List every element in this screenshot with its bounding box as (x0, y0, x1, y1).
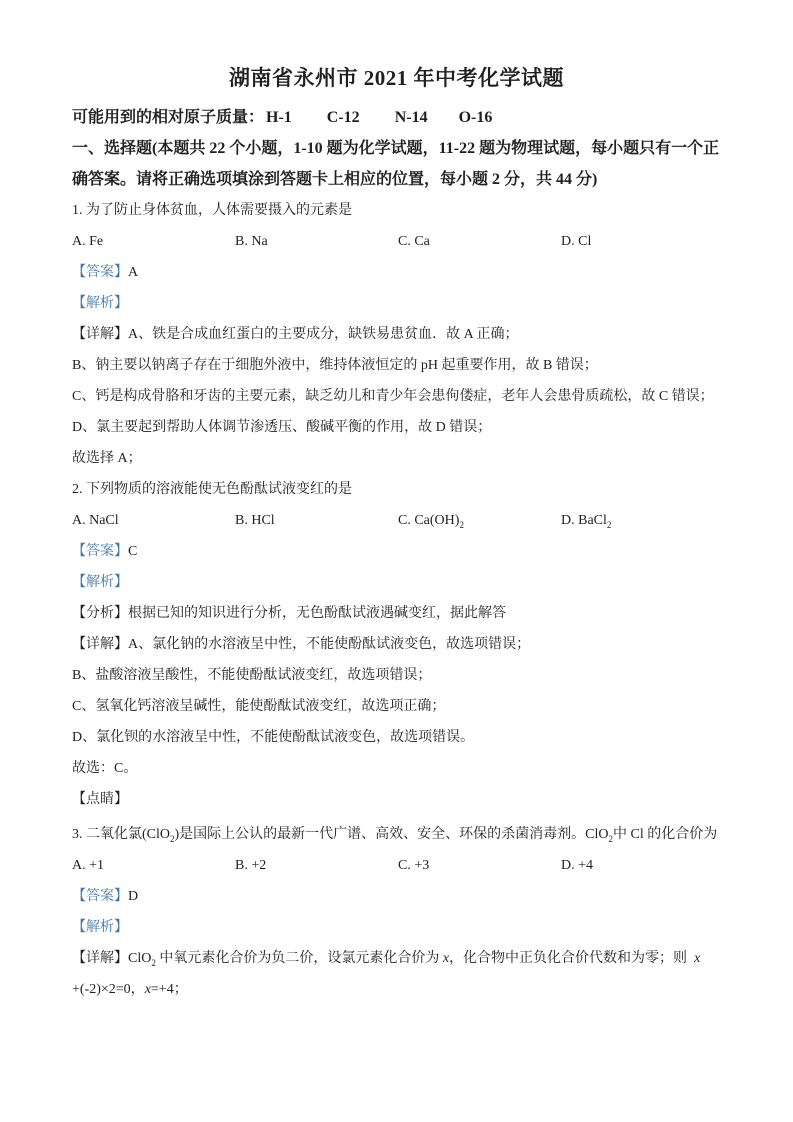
section-header-line-1: 一、选择题(本题共 22 个小题，1-10 题为化学试题，11-22 题为物理试… (72, 133, 733, 164)
text-run: 【答案】 (72, 544, 128, 559)
document-body: 可能用到的相对原子质量：H-1C-12N-14O-16一、选择题(本题共 22 … (72, 102, 733, 1005)
q2-detail-a: 【详解】A、氯化钠的水溶液呈中性，不能使酚酞试液变色，故选项错误； (72, 629, 733, 660)
text-run: D. Cl (561, 234, 591, 249)
q1-option-a: A. Fe (72, 226, 235, 257)
q3-detail-1: 【详解】ClO2 中氧元素化合价为负二价，设氯元素化合价为 x，化合物中正负化合… (72, 943, 733, 974)
q2-option-c: C. Ca(OH)2 (398, 505, 561, 536)
q3-option-b: B. +2 (235, 850, 398, 881)
q3-option-a: A. +1 (72, 850, 235, 881)
q2-option-b: B. HCl (235, 505, 398, 536)
q1-option-c: C. Ca (398, 226, 561, 257)
text-run: 中 Cl 的化合价为 (613, 827, 717, 842)
subscript-text: 2 (459, 520, 464, 530)
q2-stem: 2. 下列物质的溶液能使无色酚酞试液变红的是 (72, 474, 733, 505)
text-run: D. +4 (561, 858, 593, 873)
text-run: A. NaCl (72, 513, 119, 528)
text-run: 【分析】根据已知的知识进行分析，无色酚酞试液遇碱变红，据此解答 (72, 606, 506, 621)
q2-answer-line: 【答案】C (72, 536, 733, 567)
q1-detail-a: 【详解】A、铁是合成血红蛋白的主要成分，缺铁易患贫血．故 A 正确； (72, 319, 733, 350)
text-run: D. BaCl (561, 513, 607, 528)
q2-option-d: D. BaCl2 (561, 505, 611, 536)
q1-answer-line: 【答案】A (72, 257, 733, 288)
text-run: 1. 为了防止身体贫血，人体需要摄入的元素是 (72, 203, 352, 218)
text-run: 中氧元素化合价为负二价，设氯元素化合价为 (156, 951, 443, 966)
text-run: 【解析】 (72, 296, 128, 311)
text-run: 【答案】 (72, 265, 128, 280)
q2-fenxi-line: 【分析】根据已知的知识进行分析，无色酚酞试液遇碱变红，据此解答 (72, 598, 733, 629)
q2-dianjing-label: 【点睛】 (72, 784, 733, 815)
q1-options: A. FeB. NaC. CaD. Cl (72, 226, 733, 257)
text-run: 故选：C。 (72, 761, 137, 776)
text-run: A (128, 265, 138, 280)
q3-options: A. +1B. +2C. +3D. +4 (72, 850, 733, 881)
text-run: +(-2)×2=0， (72, 982, 145, 997)
text-run: 【点睛】 (72, 792, 128, 807)
text-run: A. Fe (72, 234, 103, 249)
text-run: O-16 (459, 109, 493, 126)
q1-analysis-label: 【解析】 (72, 288, 733, 319)
page-title: 湖南省永州市 2021 年中考化学试题 (72, 62, 721, 94)
text-run: H-1 (266, 109, 292, 126)
text-run: B、钠主要以钠离子存在于细胞外液中，维持体液恒定的 pH 起重要作用，故 B 错… (72, 358, 598, 373)
q1-conclusion: 故选择 A； (72, 443, 733, 474)
q3-analysis-label: 【解析】 (72, 912, 733, 943)
q2-conclusion: 故选：C。 (72, 753, 733, 784)
q2-detail-b: B、盐酸溶液呈酸性，不能使酚酞试液变红，故选项错误； (72, 660, 733, 691)
text-run: C (128, 544, 137, 559)
text-run: C、氢氧化钙溶液呈碱性，能使酚酞试液变红，故选项正确； (72, 699, 445, 714)
text-run: 3. 二氧化氯(ClO (72, 827, 170, 842)
text-run: B. Na (235, 234, 268, 249)
q3-option-d: D. +4 (561, 850, 593, 881)
text-run: D (128, 889, 138, 904)
q3-detail-2: +(-2)×2=0，x=+4； (72, 974, 733, 1005)
text-run: C. Ca (398, 234, 430, 249)
text-run: C. +3 (398, 858, 429, 873)
text-run: B. +2 (235, 858, 266, 873)
text-run: 一、选择题(本题共 22 个小题，1-10 题为化学试题，11-22 题为物理试… (72, 140, 719, 157)
text-run: 2. 下列物质的溶液能使无色酚酞试液变红的是 (72, 482, 352, 497)
q1-option-b: B. Na (235, 226, 398, 257)
q1-stem: 1. 为了防止身体贫血，人体需要摄入的元素是 (72, 195, 733, 226)
text-run: x (694, 951, 700, 966)
q2-detail-c: C、氢氧化钙溶液呈碱性，能使酚酞试液变红，故选项正确； (72, 691, 733, 722)
text-run: D、氯化钡的水溶液呈中性，不能使酚酞试液变色，故选项错误。 (72, 730, 474, 745)
atomic-mass-line: 可能用到的相对原子质量：H-1C-12N-14O-16 (72, 102, 733, 133)
q1-detail-d: D、氯主要起到帮助人体调节渗透压、酸碱平衡的作用，故 D 错误； (72, 412, 733, 443)
text-run: 【详解】A、氯化钠的水溶液呈中性，不能使酚酞试液变色，故选项错误； (72, 637, 530, 652)
q2-options: A. NaClB. HClC. Ca(OH)2D. BaCl2 (72, 505, 733, 536)
text-run: 【解析】 (72, 920, 128, 935)
q2-detail-d: D、氯化钡的水溶液呈中性，不能使酚酞试液变色，故选项错误。 (72, 722, 733, 753)
q3-option-c: C. +3 (398, 850, 561, 881)
text-run: 【解析】 (72, 575, 128, 590)
text-run: 故选择 A； (72, 451, 142, 466)
text-run: 【详解】ClO (72, 951, 151, 966)
text-run: A. +1 (72, 858, 104, 873)
subscript-text: 2 (607, 520, 612, 530)
q3-answer-line: 【答案】D (72, 881, 733, 912)
text-run: N-14 (395, 109, 428, 126)
text-run: 可能用到的相对原子质量： (72, 109, 264, 126)
text-run: C-12 (327, 109, 360, 126)
text-run: B、盐酸溶液呈酸性，不能使酚酞试液变红，故选项错误； (72, 668, 431, 683)
q1-detail-b: B、钠主要以钠离子存在于细胞外液中，维持体液恒定的 pH 起重要作用，故 B 错… (72, 350, 733, 381)
text-run: C、钙是构成骨胳和牙齿的主要元素，缺乏幼儿和青少年会患佝偻症，老年人会患骨质疏松… (72, 389, 714, 404)
text-run: =+4； (151, 982, 188, 997)
text-run: B. HCl (235, 513, 275, 528)
exam-document-page: 湖南省永州市 2021 年中考化学试题 可能用到的相对原子质量：H-1C-12N… (0, 0, 793, 1122)
text-run: C. Ca(OH) (398, 513, 459, 528)
text-run: 【详解】A、铁是合成血红蛋白的主要成分，缺铁易患贫血．故 A 正确； (72, 327, 518, 342)
text-run: 确答案。请将正确选项填涂到答题卡上相应的位置，每小题 2 分，共 44 分) (72, 171, 597, 188)
section-header-line-2: 确答案。请将正确选项填涂到答题卡上相应的位置，每小题 2 分，共 44 分) (72, 164, 733, 195)
q2-option-a: A. NaCl (72, 505, 235, 536)
text-run: )是国际上公认的最新一代广谱、高效、安全、环保的杀菌消毒剂。ClO (175, 827, 609, 842)
q2-analysis-label: 【解析】 (72, 567, 733, 598)
q1-option-d: D. Cl (561, 226, 591, 257)
text-run: D、氯主要起到帮助人体调节渗透压、酸碱平衡的作用，故 D 错误； (72, 420, 491, 435)
q3-stem: 3. 二氧化氯(ClO2)是国际上公认的最新一代广谱、高效、安全、环保的杀菌消毒… (72, 819, 733, 850)
q1-detail-c: C、钙是构成骨胳和牙齿的主要元素，缺乏幼儿和青少年会患佝偻症，老年人会患骨质疏松… (72, 381, 733, 412)
text-run: ，化合物中正负化合价代数和为零；则 (449, 951, 694, 966)
text-run: 【答案】 (72, 889, 128, 904)
